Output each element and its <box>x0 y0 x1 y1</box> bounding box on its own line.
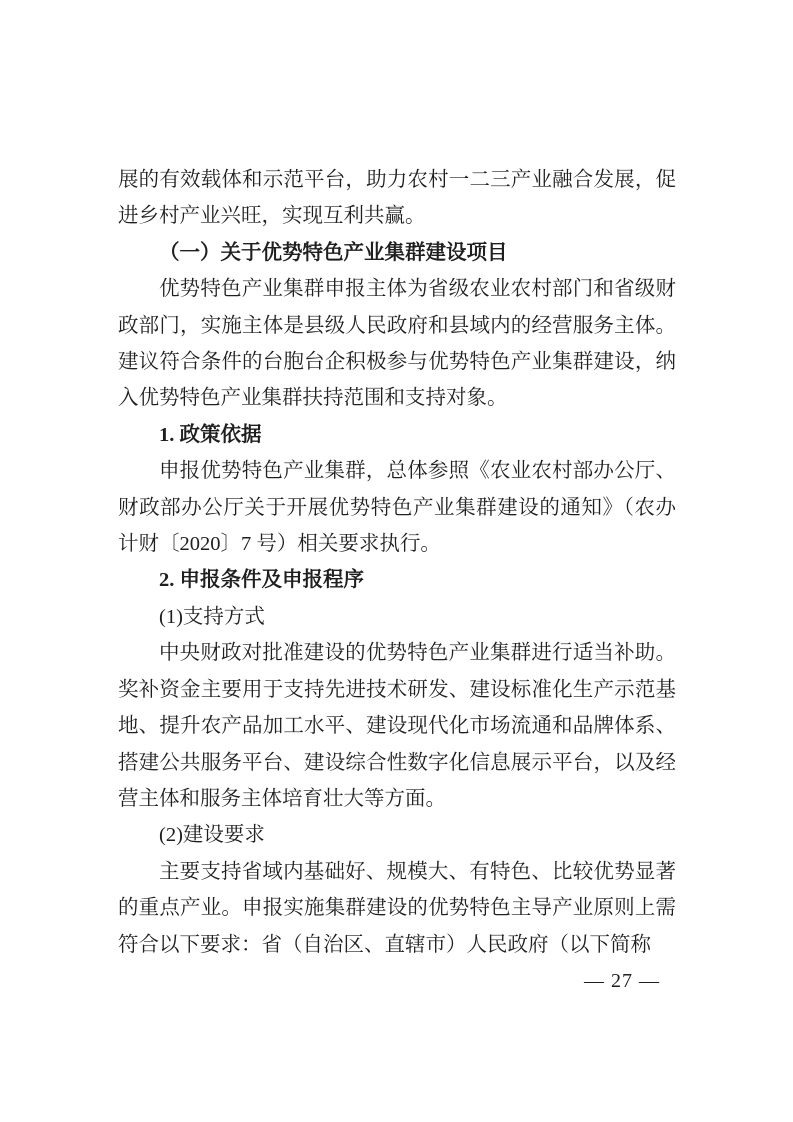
body-paragraph-continued: 展的有效载体和示范平台，助力农村一二三产业融合发展，促进乡村产业兴旺，实现互利共… <box>118 162 676 235</box>
sub-item-support-method: (1)支持方式 <box>118 599 676 635</box>
sub-item-construction-requirements: (2)建设要求 <box>118 817 676 853</box>
body-paragraph: 优势特色产业集群申报主体为省级农业农村部门和省级财政部门，实施主体是县级人民政府… <box>118 271 676 417</box>
body-paragraph: 申报优势特色产业集群，总体参照《农业农村部办公厅、财政部办公厅关于开展优势特色产… <box>118 453 676 562</box>
body-paragraph: 中央财政对批准建设的优势特色产业集群进行适当补助。奖补资金主要用于支持先进技术研… <box>118 635 676 817</box>
page-number: — 27 — <box>584 970 660 993</box>
document-content: 展的有效载体和示范平台，助力农村一二三产业融合发展，促进乡村产业兴旺，实现互利共… <box>118 162 676 963</box>
subsection-heading-application-conditions: 2. 申报条件及申报程序 <box>118 562 676 598</box>
subsection-heading-policy-basis: 1. 政策依据 <box>118 417 676 453</box>
section-heading-1: （一）关于优势特色产业集群建设项目 <box>118 235 676 271</box>
document-page: 展的有效载体和示范平台，助力农村一二三产业融合发展，促进乡村产业兴旺，实现互利共… <box>0 0 793 1122</box>
body-paragraph: 主要支持省域内基础好、规模大、有特色、比较优势显著的重点产业。申报实施集群建设的… <box>118 854 676 963</box>
